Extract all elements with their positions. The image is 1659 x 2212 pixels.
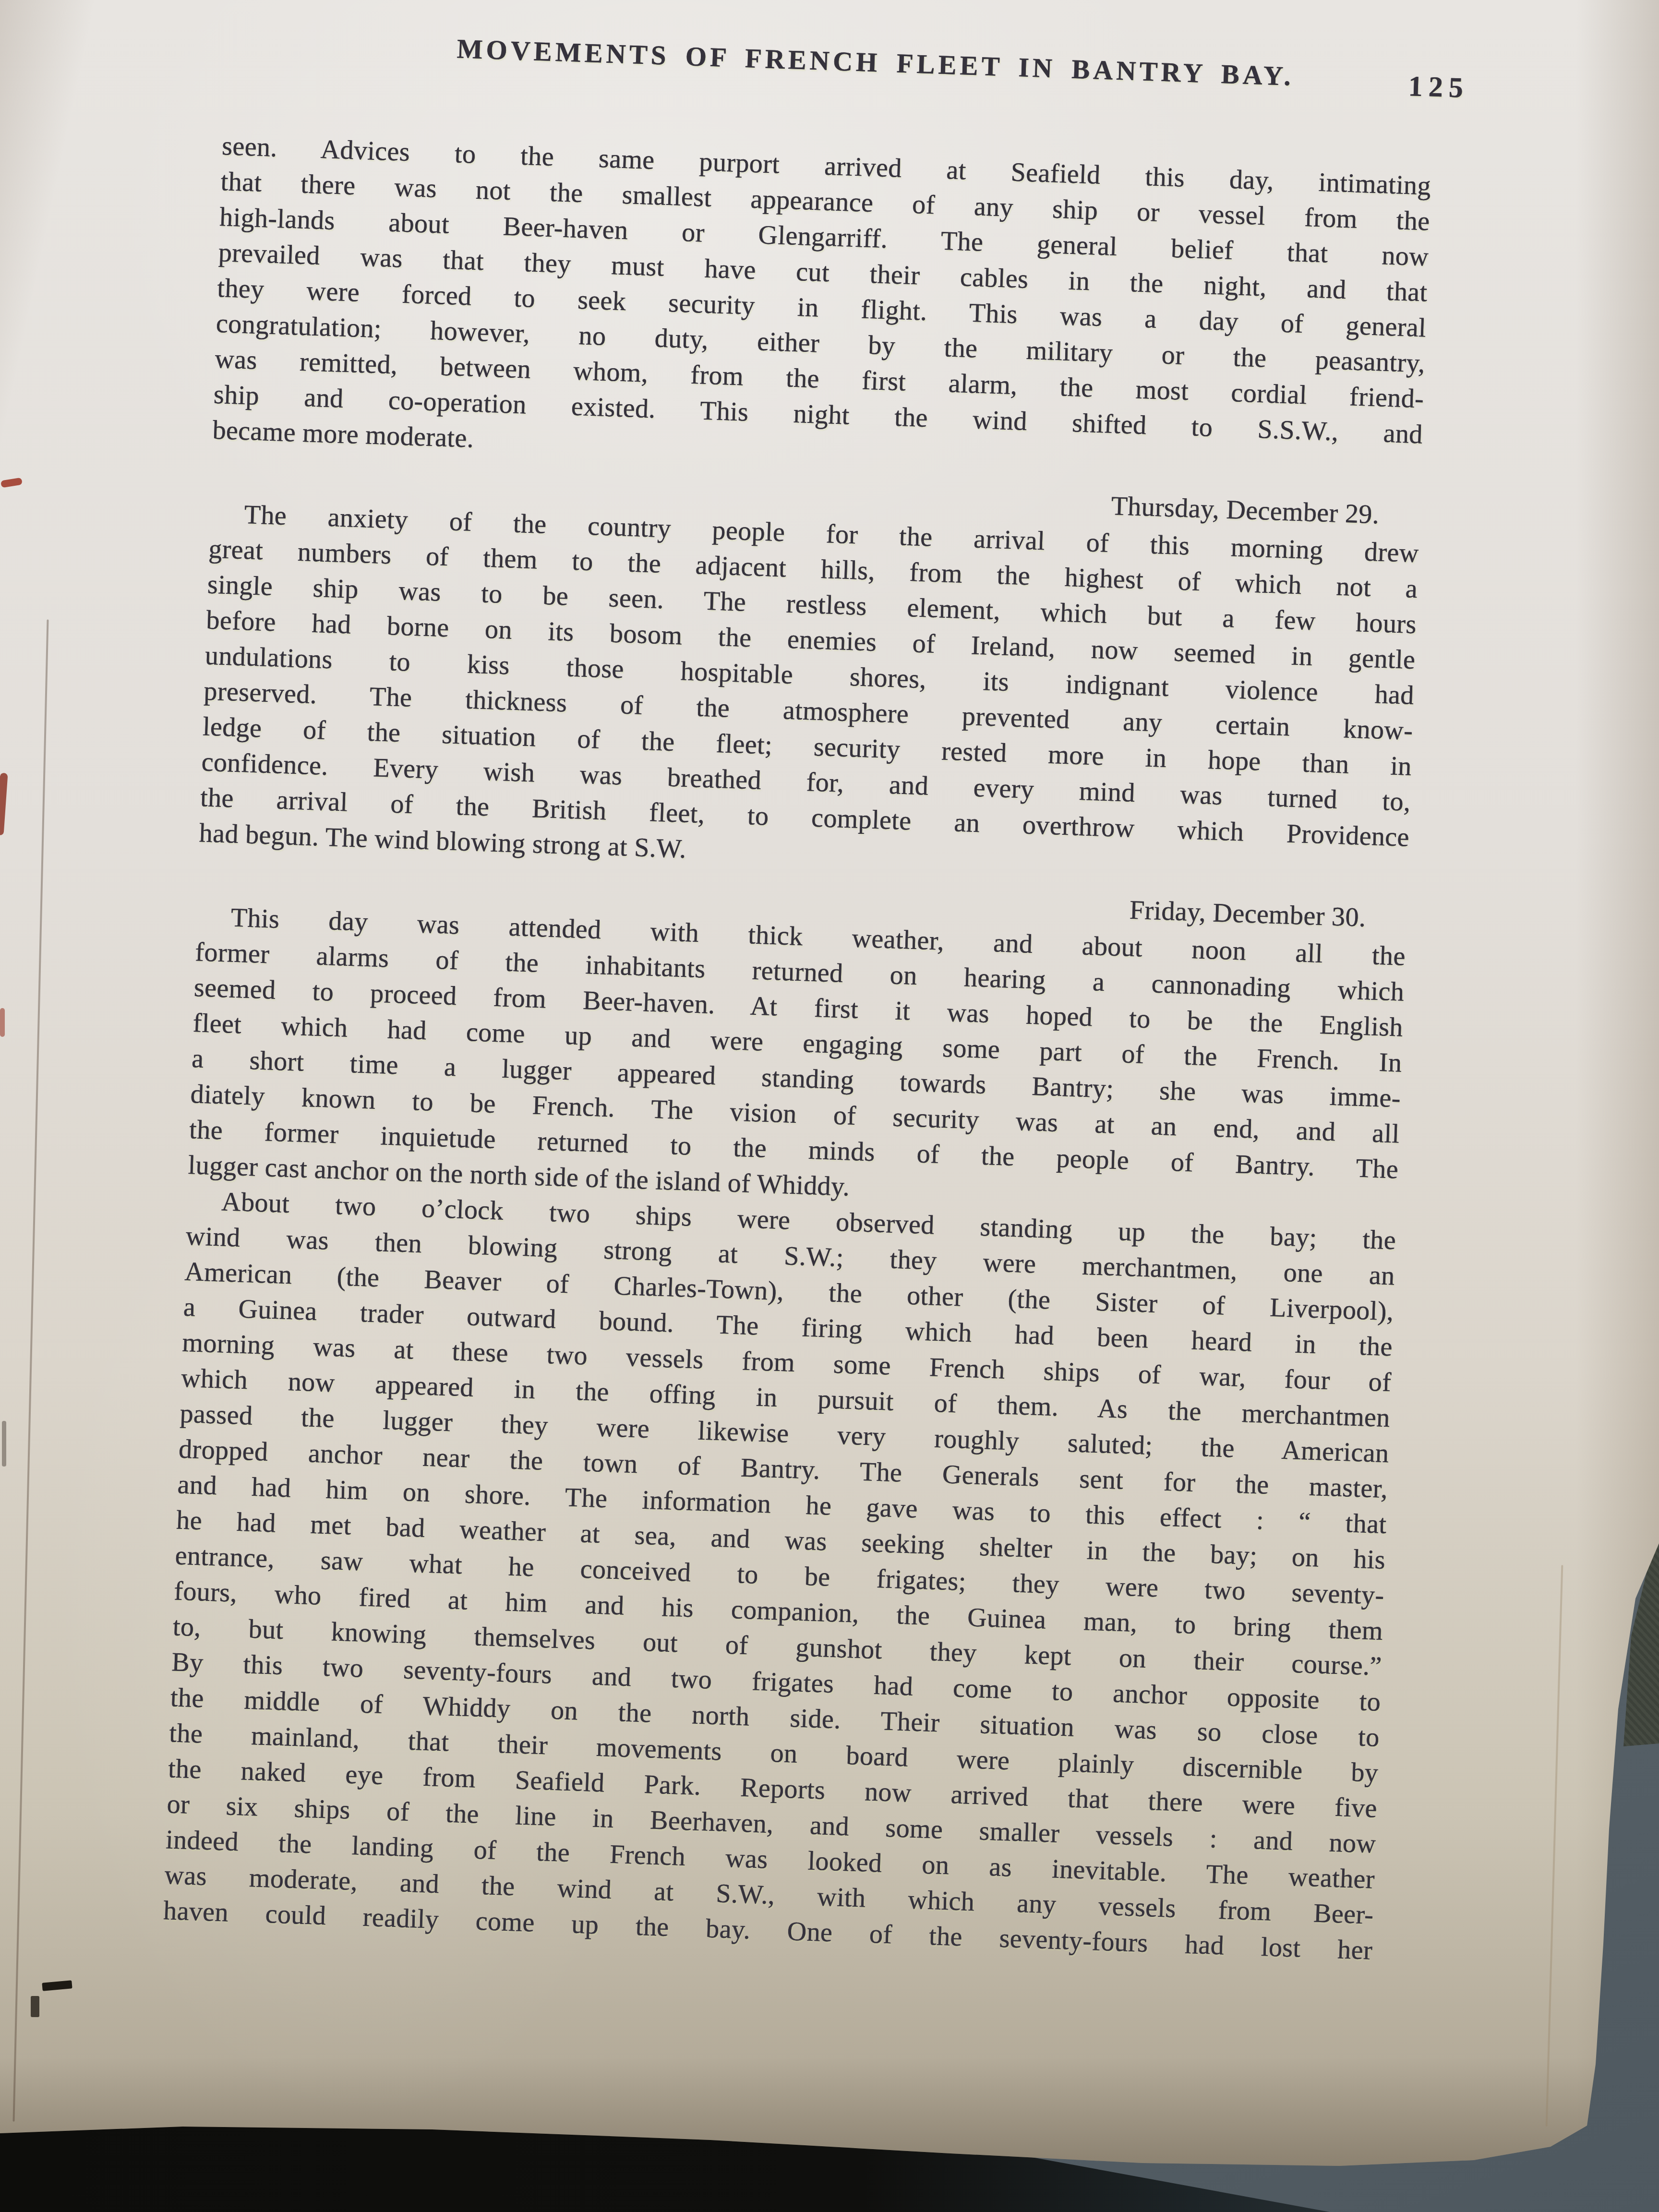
ink-smudge (31, 1996, 39, 2017)
ink-smudge (42, 1980, 72, 1991)
smudge-mark (2, 1421, 6, 1467)
page-edge-crease (1546, 1565, 1563, 2127)
book-page: MOVEMENTS OF FRENCH FLEET IN BANTRY BAY.… (0, 0, 1659, 2212)
book-photo: MOVEMENTS OF FRENCH FLEET IN BANTRY BAY.… (0, 0, 1659, 2212)
gutter-crease (12, 619, 48, 2121)
red-ink-mark (0, 478, 23, 488)
red-ink-mark (0, 1008, 5, 1037)
running-head-title: MOVEMENTS OF FRENCH FLEET IN BANTRY BAY. (270, 27, 1480, 98)
page-header: MOVEMENTS OF FRENCH FLEET IN BANTRY BAY.… (225, 25, 1435, 106)
printed-content: MOVEMENTS OF FRENCH FLEET IN BANTRY BAY.… (163, 25, 1435, 1968)
page-number: 125 (1408, 70, 1469, 105)
red-ink-mark (0, 773, 8, 836)
text-body: seen. Advices to the same purport arrive… (163, 128, 1431, 1968)
